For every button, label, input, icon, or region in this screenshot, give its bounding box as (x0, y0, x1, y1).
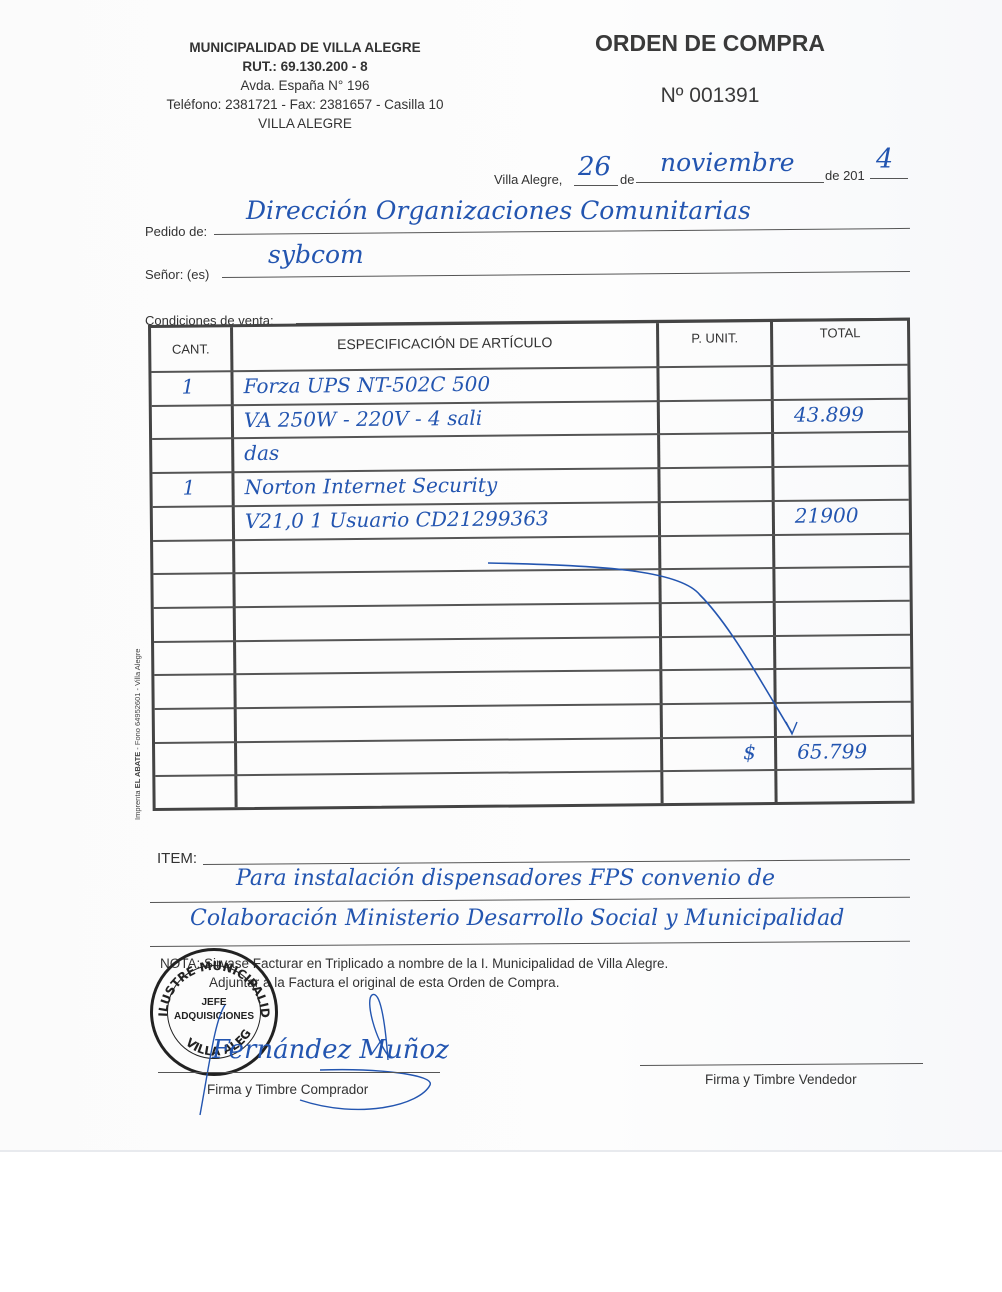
comprador-sign-line (158, 1072, 440, 1073)
signature-flourish-icon (0, 0, 1002, 1152)
vendedor-label: Firma y Timbre Vendedor (705, 1072, 857, 1087)
comprador-label: Firma y Timbre Comprador (207, 1082, 368, 1097)
scanned-document: MUNICIPALIDAD DE VILLA ALEGRE RUT.: 69.1… (0, 0, 1002, 1152)
